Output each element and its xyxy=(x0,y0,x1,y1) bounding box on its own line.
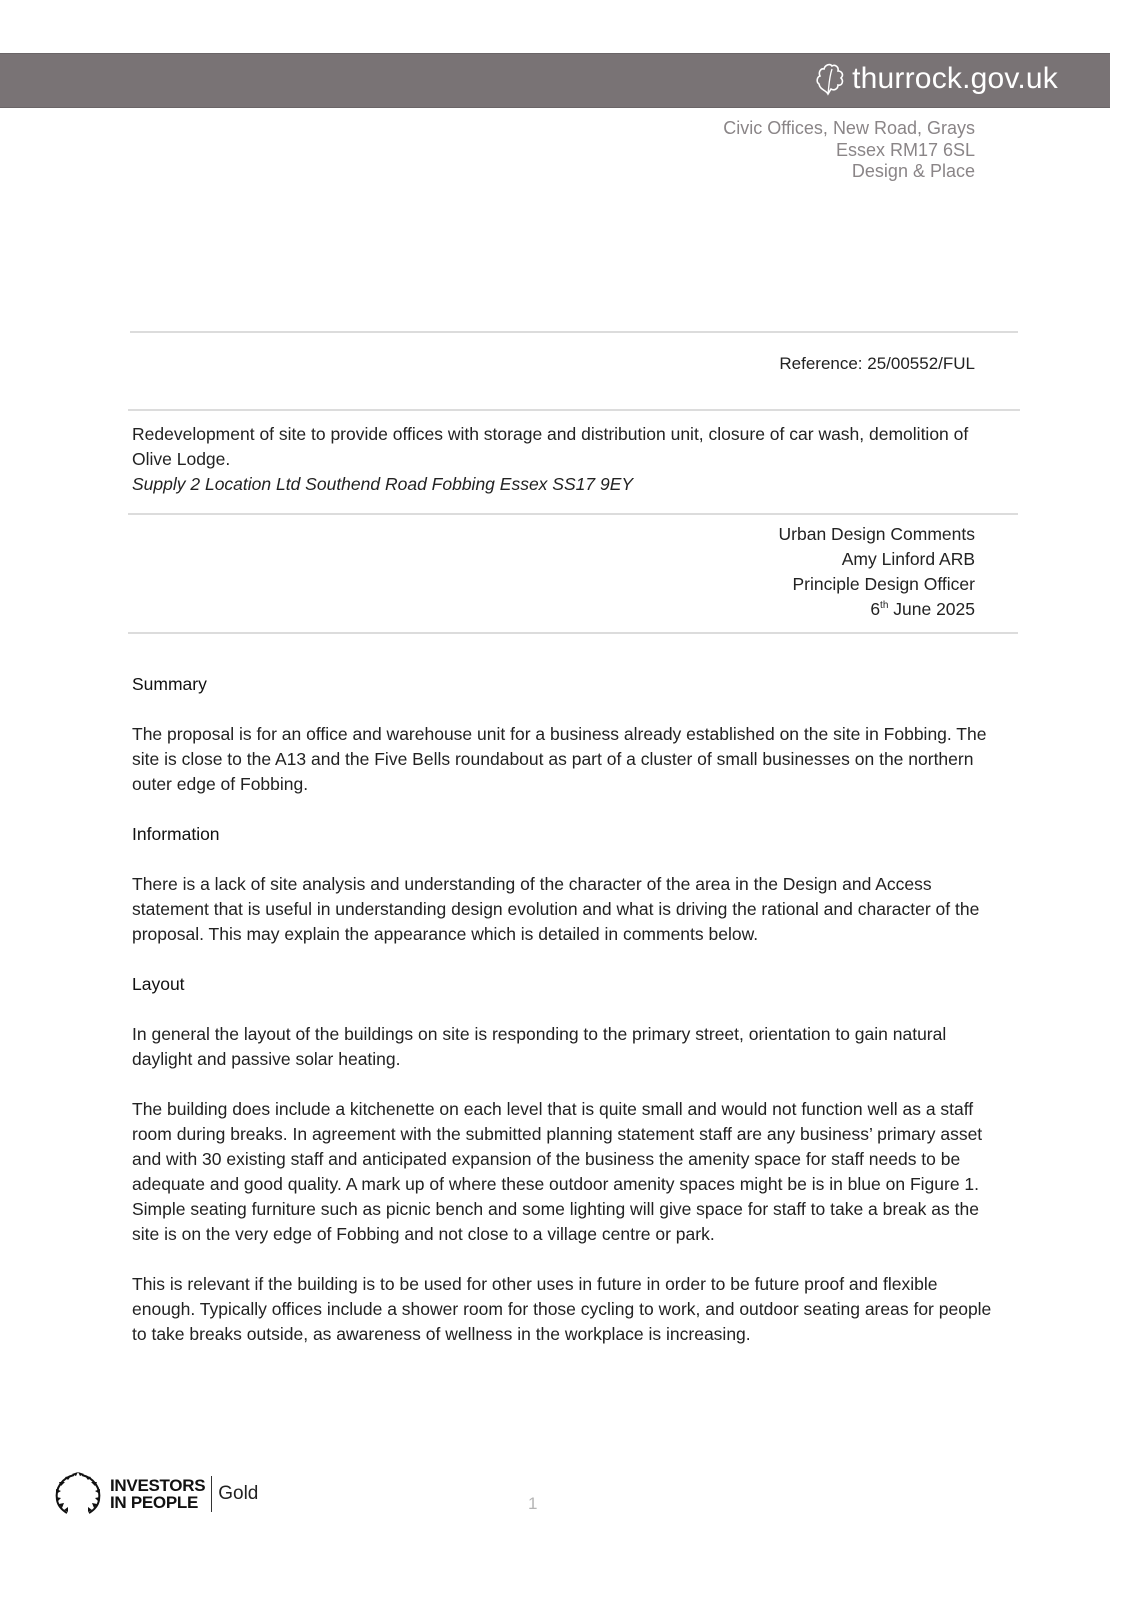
paragraph: There is a lack of site analysis and und… xyxy=(132,872,992,947)
reference-number: Reference: 25/00552/FUL xyxy=(779,354,975,374)
header-banner: thurrock.gov.uk xyxy=(0,53,1110,108)
iip-line1: INVESTORS xyxy=(110,1477,205,1494)
signoff-block: Urban Design Comments Amy Linford ARB Pr… xyxy=(779,522,975,622)
date-day: 6 xyxy=(870,599,880,619)
proposal-block: Redevelopment of site to provide offices… xyxy=(132,422,992,497)
council-address: Civic Offices, New Road, Grays Essex RM1… xyxy=(723,118,975,183)
comment-title: Urban Design Comments xyxy=(779,522,975,547)
section-heading: Information xyxy=(132,822,992,847)
paragraph: This is relevant if the building is to b… xyxy=(132,1272,992,1347)
address-line: Design & Place xyxy=(723,161,975,183)
iip-line2: IN PEOPLE xyxy=(110,1494,205,1511)
section-summary: Summary The proposal is for an office an… xyxy=(132,672,992,797)
brand-text: thurrock.gov.uk xyxy=(852,62,1058,96)
paragraph: The proposal is for an office and wareho… xyxy=(132,722,992,797)
address-line: Essex RM17 6SL xyxy=(723,140,975,162)
section-heading: Layout xyxy=(132,972,992,997)
officer-role: Principle Design Officer xyxy=(779,572,975,597)
laurel-wreath-icon xyxy=(52,1470,104,1518)
proposal-description: Redevelopment of site to provide offices… xyxy=(132,422,992,472)
divider xyxy=(128,513,1018,515)
address-line: Civic Offices, New Road, Grays xyxy=(723,118,975,140)
brand-logo: thurrock.gov.uk xyxy=(814,60,1058,98)
iip-wordmark: INVESTORS IN PEOPLE xyxy=(110,1477,205,1511)
officer-name: Amy Linford ARB xyxy=(779,547,975,572)
site-address: Supply 2 Location Ltd Southend Road Fobb… xyxy=(132,472,992,497)
divider xyxy=(130,331,1018,333)
section-information: Information There is a lack of site anal… xyxy=(132,822,992,947)
divider xyxy=(128,632,1018,634)
iip-level: Gold xyxy=(218,1483,258,1505)
oak-leaf-icon xyxy=(814,60,846,98)
paragraph: The building does include a kitchenette … xyxy=(132,1097,992,1247)
paragraph: In general the layout of the buildings o… xyxy=(132,1022,992,1072)
comment-date: 6th June 2025 xyxy=(779,597,975,622)
section-layout: Layout In general the layout of the buil… xyxy=(132,972,992,1347)
section-heading: Summary xyxy=(132,672,992,697)
document-body: Summary The proposal is for an office an… xyxy=(132,672,992,1372)
logo-divider xyxy=(211,1476,212,1512)
divider xyxy=(128,409,1020,411)
investors-in-people-logo: INVESTORS IN PEOPLE Gold xyxy=(52,1470,258,1518)
date-rest: June 2025 xyxy=(888,599,975,619)
page-number: 1 xyxy=(528,1494,537,1514)
